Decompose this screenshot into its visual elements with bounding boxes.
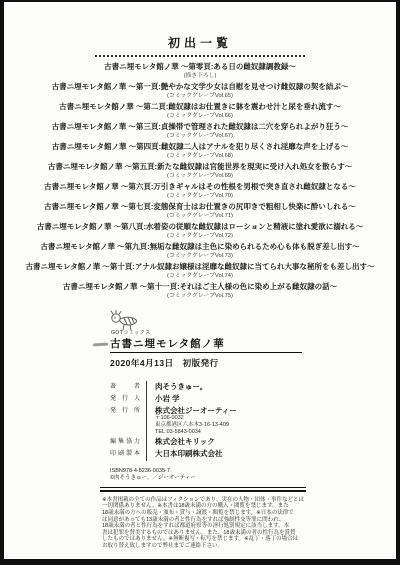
chapter-source: (コミックグレープVol.74) [4, 272, 396, 280]
disclaimer-line: 18歳未満の者と性行為をすれば都道府県等の淫行処罰規定に該当します。本 [102, 523, 308, 530]
chapter-title: 古書ニ埋モレタ館ノ華 〜第零頁:ある日の雌奴隷調教録〜 [4, 62, 396, 72]
publisher-phone: TEL:03-5843-0034 [155, 429, 302, 436]
chapter-source: (コミックグレープVol.69) [4, 172, 396, 180]
chapter-title: 古書ニ埋モレタ館ノ華 〜第十頁:アナル奴隷お嬢様は淫靡な雌奴隷に当てられ大事な秘… [4, 262, 396, 272]
publisher-postal-code: 〒106-0032 [155, 415, 302, 422]
credit-label-publisher: 発行所 [110, 405, 146, 417]
dotted-divider [95, 55, 305, 57]
chapter-title: 古書ニ埋モレタ館ノ華 〜第九頁:無垢な雌奴隷は主色に染められるため心も体も脱ぎ差… [4, 242, 396, 252]
double-rule-divider [100, 487, 306, 492]
scribble-mark [93, 342, 108, 346]
isbn-block: ISBN978-4-8236-0035-7 ©肉そうきゅー。／ジーオーティー [110, 468, 302, 482]
first-publication-list-title: 初出一覧 [4, 34, 396, 51]
credit-value-publisher-person: 小岩 学 [146, 393, 302, 405]
list-item: 古書ニ埋モレタ館ノ華 〜第七頁:変態保育士はお仕置きの尻叩きで粗相し快楽に酔いし… [4, 202, 396, 220]
chapter-title: 古書ニ埋モレタ館ノ華 〜第八頁:水着姿の従順な雌奴隷はローションと精液に塗れ愛欲… [4, 222, 396, 232]
first-publication-list: 古書ニ埋モレタ館ノ華 〜第零頁:ある日の雌奴隷調教録〜 (描き下ろし) 古書ニ埋… [4, 62, 396, 302]
chapter-title: 古書ニ埋モレタ館ノ華 〜第十一頁:それはご主人様の色に染め上がる雌奴隷の話〜 [4, 282, 396, 292]
chapter-source: (描き下ろし) [4, 72, 396, 80]
list-item: 古書ニ埋モレタ館ノ華 〜第十一頁:それはご主人様の色に染め上がる雌奴隷の話〜 (… [4, 282, 396, 300]
chapter-source: (コミックグレープVol.66) [4, 112, 396, 120]
chapter-source: (コミックグレープVol.70) [4, 192, 396, 200]
list-item: 古書ニ埋モレタ館ノ華 〜第九頁:無垢な雌奴隷は主色に染められるため心も体も脱ぎ差… [4, 242, 396, 260]
credit-label-publisher-person: 発行人 [110, 393, 146, 405]
chapter-source: (コミックグレープVol.73) [4, 252, 396, 260]
credit-value-author: 肉そうきゅー。 [146, 381, 302, 393]
chapter-title: 古書ニ埋モレタ館ノ華 〜第二頁:雌奴隷はお仕置きに躰を震わせ汁と尿を垂れ流す〜 [4, 102, 396, 112]
list-item: 古書ニ埋モレタ館ノ華 〜第零頁:ある日の雌奴隷調教録〜 (描き下ろし) [4, 62, 396, 80]
book-page: 初出一覧 古書ニ埋モレタ館ノ華 〜第零頁:ある日の雌奴隷調教録〜 (描き下ろし)… [4, 2, 396, 559]
disclaimer-text: ※本書掲載の全ての作品はフィクションであり、実在の人物・団体・事件などとは 一切… [102, 497, 308, 550]
publisher-name: 株式会社ジーオーティー [155, 407, 302, 416]
credit-value-printing: 大日本印刷株式会社 [146, 449, 302, 461]
title-underline [110, 352, 302, 353]
chapter-title: 古書ニ埋モレタ館ノ華 〜第七頁:変態保育士はお仕置きの尻叩きで粗相し快楽に酔いし… [4, 202, 396, 212]
chapter-source: (コミックグレープVol.72) [4, 232, 396, 240]
disclaimer-line: 18歳未満の方への販売・頒布・貸与・譲渡・閲覧を禁じます。※日本の法律で [102, 510, 308, 517]
publisher-address: 東京都港区六本木3-16-13-409 [155, 422, 302, 429]
list-item: 古書ニ埋モレタ館ノ華 〜第四頁:雌奴隷二人はアナルを犯り尽くされ淫靡な声を上げる… [4, 142, 396, 160]
list-item: 古書ニ埋モレタ館ノ華 〜第十頁:アナル奴隷お嬢様は淫靡な雌奴隷に当てられ大事な秘… [4, 262, 396, 280]
isbn-number: ISBN978-4-8236-0035-7 [110, 468, 302, 475]
copyright-line: ©肉そうきゅー。／ジーオーティー [110, 475, 302, 482]
chapter-source: (コミックグレープVol.68) [4, 152, 396, 160]
list-item: 古書ニ埋モレタ館ノ華 〜第三頁:貞操帯で管理された雌奴隷は二穴を穿られよがり狂う… [4, 122, 396, 140]
chapter-title: 古書ニ埋モレタ館ノ華 〜第三頁:貞操帯で管理された雌奴隷は二穴を穿られよがり狂う… [4, 122, 396, 132]
credits-table: 著者 肉そうきゅー。 発行人 小岩 学 発行所 株式会社ジーオーティー 〒106… [110, 381, 302, 461]
list-item: 古書ニ埋モレタ館ノ華 〜第六頁:万引きギャルはその性根を男根で突き直され雌奴隷と… [4, 182, 396, 200]
list-item: 古書ニ埋モレタ館ノ華 〜第八頁:水着姿の従順な雌奴隷はローションと精液に塗れ愛欲… [4, 222, 396, 240]
list-item: 古書ニ埋モレタ館ノ華 〜第二頁:雌奴隷はお仕置きに躰を震わせ汁と尿を垂れ流す〜 … [4, 102, 396, 120]
disclaimer-line: お取り替え致しますので弊社までご連絡下さい。 [102, 543, 308, 550]
book-title: 古書ニ埋モレタ館ノ華 [110, 338, 302, 350]
credit-label-printing: 印刷製本 [110, 449, 146, 461]
chapter-title: 古書ニ埋モレタ館ノ華 〜第五頁:新たな雌奴隷は官能世界を現実に受け入れ処女を散ら… [4, 162, 396, 172]
colophon: GOTコミックス 古書ニ埋モレタ館ノ華 2020年4月13日 初版発行 著者 肉… [100, 316, 306, 550]
chapter-source: (コミックグレープVol.65) [4, 92, 396, 100]
edition-date: 2020年4月13日 初版発行 [110, 357, 302, 369]
chapter-source: (コミックグレープVol.75) [4, 292, 396, 300]
chapter-source: (コミックグレープVol.67) [4, 132, 396, 140]
chapter-title: 古書ニ埋モレタ館ノ華 〜第一頁:艶やかな文学少女は自慰を見せつけ雌奴隷の契を結ぶ… [4, 82, 396, 92]
colophon-inner: 古書ニ埋モレタ館ノ華 2020年4月13日 初版発行 著者 肉そうきゅー。 発行… [110, 316, 302, 482]
credit-label-author: 著者 [110, 381, 146, 393]
credit-value-publisher: 株式会社ジーオーティー 〒106-0032 東京都港区六本木3-16-13-40… [146, 405, 302, 437]
chapter-title: 古書ニ埋モレタ館ノ華 〜第四頁:雌奴隷二人はアナルを犯り尽くされ淫靡な声を上げる… [4, 142, 396, 152]
chapter-title: 古書ニ埋モレタ館ノ華 〜第六頁:万引きギャルはその性根を男根で突き直され雌奴隷と… [4, 182, 396, 192]
list-item: 古書ニ埋モレタ館ノ華 〜第五頁:新たな雌奴隷は官能世界を現実に受け入れ処女を散ら… [4, 162, 396, 180]
credit-label-editing: 編集協力 [110, 437, 146, 449]
credit-value-editing: 株式会社キリック [146, 437, 302, 449]
chapter-source: (コミックグレープVol.71) [4, 212, 396, 220]
imprint-label: GOTコミックス [111, 329, 151, 336]
list-item: 古書ニ埋モレタ館ノ華 〜第一頁:艶やかな文学少女は自慰を見せつけ雌奴隷の契を結ぶ… [4, 82, 396, 100]
